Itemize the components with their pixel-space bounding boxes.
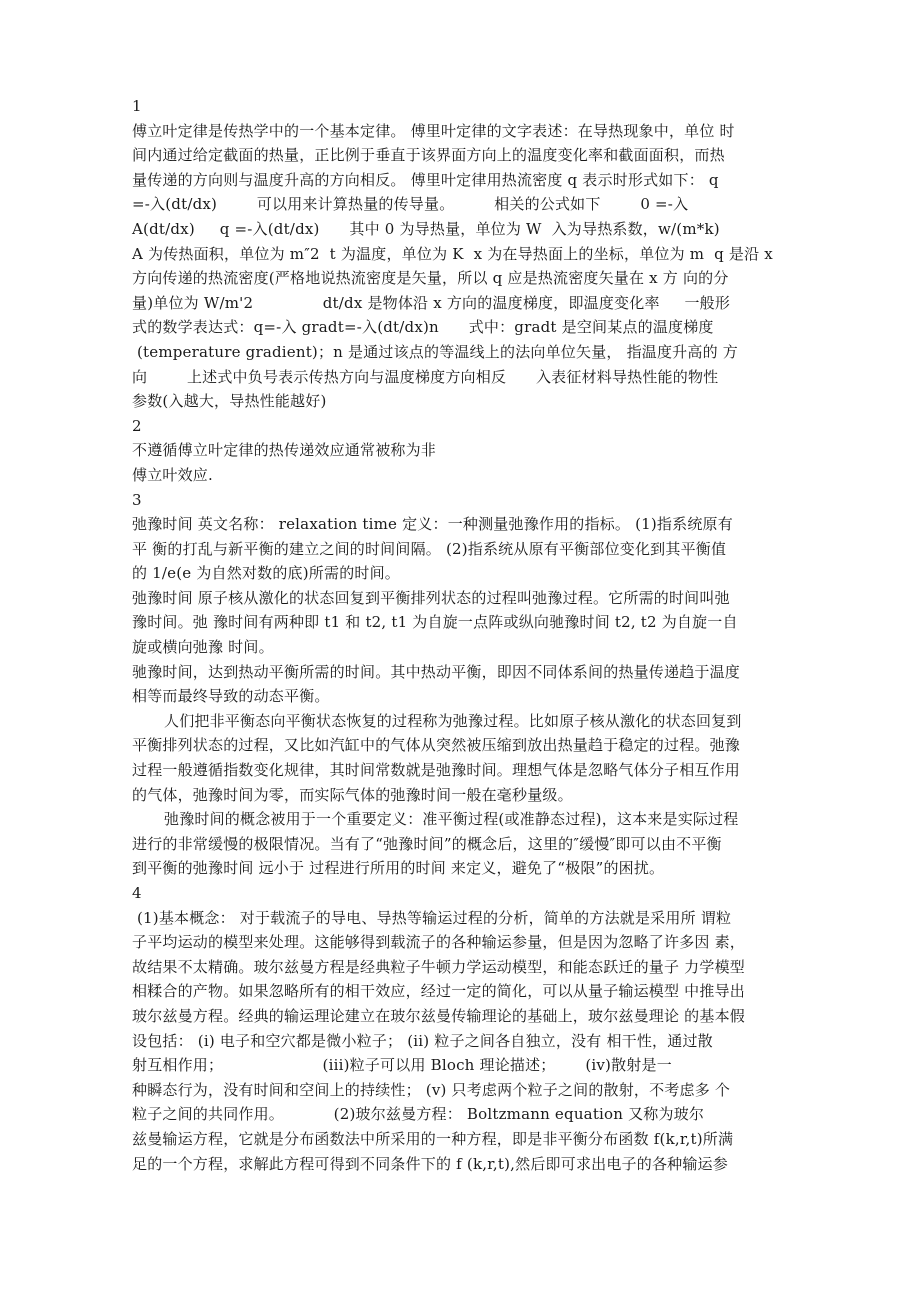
text-line: 弛豫时间 原子核从激化的状态回复到平衡排列状态的过程叫弛豫过程。它所需的时间叫弛 [132,586,792,611]
text-line: 到平衡的弛豫时间 远小于 过程进行所用的时间 来定义，避免了“极限”的困扰。 [132,856,792,881]
text-line: 的 1/e(e 为自然对数的底)所需的时间。 [132,561,792,586]
text-line: 的气体，弛豫时间为零，而实际气体的弛豫时间一般在毫秒量级。 [132,783,792,808]
text-line: 种瞬态行为，没有时间和空间上的持续性； (v) 只考虑两个粒子之间的散射，不考虑… [132,1078,792,1103]
text-line: 足的一个方程，求解此方程可得到不同条件下的 f (k,r,t),然后即可求出电子… [132,1152,792,1177]
text-line: 兹曼输运方程，它就是分布函数法中所采用的一种方程，即是非平衡分布函数 f(k,r… [132,1127,792,1152]
text-line: 方向传递的热流密度(严格地说热流密度是矢量，所以 q 应是热流密度矢量在 x 方… [132,266,792,291]
section-number: 1 [132,94,792,119]
document-page: 1 傅立叶定律是传热学中的一个基本定律。 傅里叶定律的文字表述：在导热现象中，单… [132,94,792,1176]
section-number: 2 [132,414,792,439]
text-line: 傅立叶定律是传热学中的一个基本定律。 傅里叶定律的文字表述：在导热现象中，单位 … [132,119,792,144]
paragraph-first-line: 弛豫时间的概念被用于一个重要定义：准平衡过程(或准静态过程)，这本来是实际过程 [132,807,792,832]
paragraph-first-line: 人们把非平衡态向平衡状态恢复的过程称为弛豫过程。比如原子核从激化的状态回复到 [132,709,792,734]
section-2-body: 不遵循傅立叶定律的热传递效应通常被称为非 傅立叶效应. [132,438,792,487]
section-4-body: (1)基本概念： 对于载流子的导电、导热等输运过程的分析，简单的方法就是采用所 … [132,906,792,1177]
text-line: 弛豫时间 英文名称： relaxation time 定义：一种测量弛豫作用的指… [132,512,792,537]
text-line: 参数(入越大，导热性能越好) [132,389,792,414]
text-line: 平 衡的打乱与新平衡的建立之间的时间间隔。 (2)指系统从原有平衡部位变化到其平… [132,537,792,562]
text-line: 过程一般遵循指数变化规律，其时间常数就是弛豫时间。理想气体是忽略气体分子相互作用 [132,758,792,783]
section-3-body: 弛豫时间 英文名称： relaxation time 定义：一种测量弛豫作用的指… [132,512,792,881]
text-line: 不遵循傅立叶定律的热传递效应通常被称为非 [132,438,792,463]
text-line: 旋或横向弛豫 时间。 [132,635,792,660]
text-line: 进行的非常缓慢的极限情况。当有了“弛豫时间”的概念后，这里的″缓慢″即可以由不平… [132,832,792,857]
text-line: 向 上述式中负号表示传热方向与温度梯度方向相反 入表征材料导热性能的物性 [132,365,792,390]
text-line: 故结果不太精确。玻尔兹曼方程是经典粒子牛顿力学运动模型，和能态跃迁的量子 力学模… [132,955,792,980]
text-line: (temperature gradient)；n 是通过该点的等温线上的法向单位… [132,340,792,365]
text-line: 量)单位为 W/m'2 dt/dx 是物体沿 x 方向的温度梯度，即温度变化率 … [132,291,792,316]
text-line: 间内通过给定截面的热量，正比例于垂直于该界面方向上的温度变化率和截面面积，而热 [132,143,792,168]
text-line: 豫时间。弛 豫时间有两种即 t1 和 t2, t1 为自旋一点阵或纵向驰豫时间 … [132,610,792,635]
text-line: (1)基本概念： 对于载流子的导电、导热等输运过程的分析，简单的方法就是采用所 … [132,906,792,931]
text-line: 相等而最终导致的动态平衡。 [132,684,792,709]
section-number: 4 [132,881,792,906]
text-line: 设包括： (i) 电子和空穴都是微小粒子； (ii) 粒子之间各自独立，没有 相… [132,1029,792,1054]
text-line: 相糅合的产物。如果忽略所有的相干效应，经过一定的简化，可以从量子输运模型 中推导… [132,979,792,1004]
text-line: 玻尔兹曼方程。经典的输运理论建立在玻尔兹曼传输理论的基础上，玻尔兹曼理论 的基本… [132,1004,792,1029]
section-1-body: 傅立叶定律是传热学中的一个基本定律。 傅里叶定律的文字表述：在导热现象中，单位 … [132,119,792,414]
text-line: A(dt/dx) q =-入(dt/dx) 其中 0 为导热量，单位为 W 入为… [132,217,792,242]
text-line: 粒子之间的共同作用。 (2)玻尔兹曼方程： Boltzmann equation… [132,1102,792,1127]
section-number: 3 [132,488,792,513]
text-line: 傅立叶效应. [132,463,792,488]
text-line: A 为传热面积，单位为 m″2 t 为温度，单位为 K x 为在导热面上的坐标，… [132,242,792,267]
text-line: 驰豫时间，达到热动平衡所需的时间。其中热动平衡，即因不同体系间的热量传递趋于温度 [132,660,792,685]
text-line: =-入(dt/dx) 可以用来计算热量的传导量。 相关的公式如下 0 =-入 [132,192,792,217]
text-line: 式的数学表达式：q=-入 gradt=-入(dt/dx)n 式中：gradt 是… [132,315,792,340]
text-line: 子平均运动的模型来处理。这能够得到载流子的各种输运参量，但是因为忽略了许多因 素… [132,930,792,955]
text-line: 平衡排列状态的过程，又比如汽缸中的气体从突然被压缩到放出热量趋于稳定的过程。弛豫 [132,733,792,758]
text-line: 射互相作用； (iii)粒子可以用 Bloch 理论描述； (iv)散射是一 [132,1053,792,1078]
text-line: 量传递的方向则与温度升高的方向相反。 傅里叶定律用热流密度 q 表示时形式如下：… [132,168,792,193]
